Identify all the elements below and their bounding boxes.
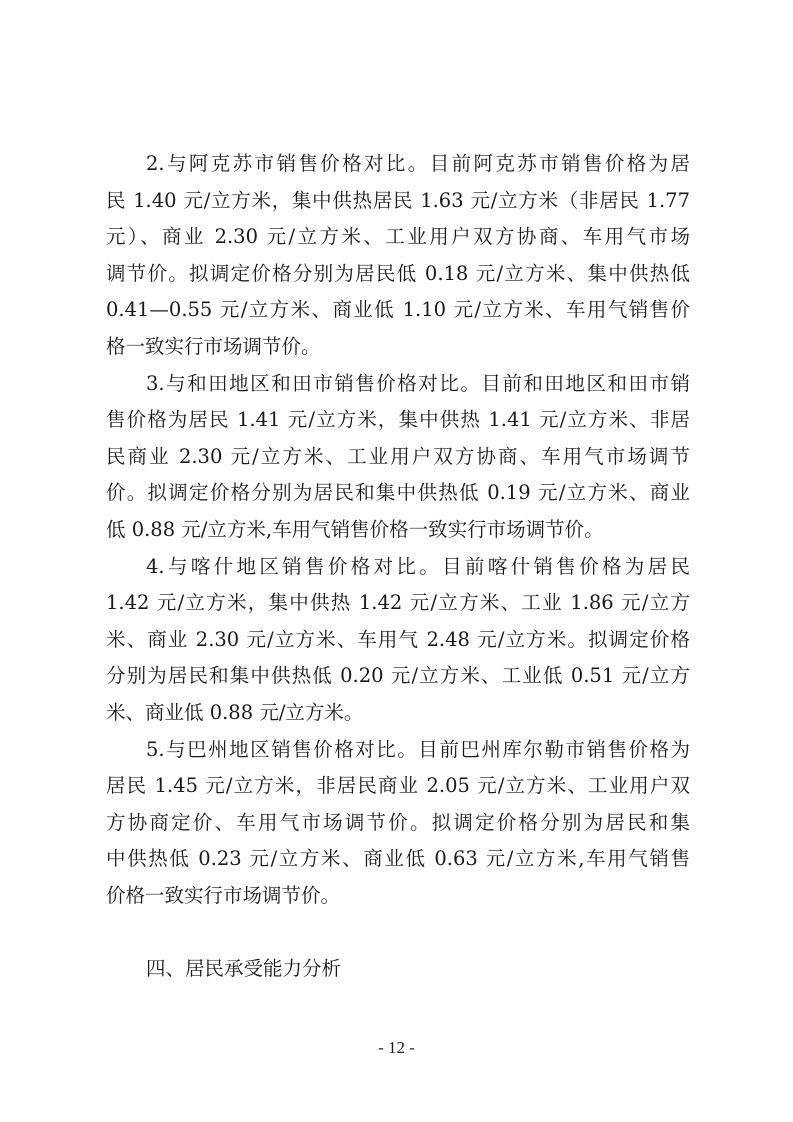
paragraph-bayingol-comparison: 5.与巴州地区销售价格对比。目前巴州库尔勒市销售价格为 居民 1.45 元/立方…: [106, 732, 690, 915]
text-line: 分别为居民和集中供热低 0.20 元/立方米、工业低 0.51 元/立方: [106, 658, 690, 695]
text-line: 居民 1.45 元/立方米，非居民商业 2.05 元/立方米、工业用户双: [106, 768, 690, 805]
section-heading: 四、居民承受能力分析: [146, 951, 341, 988]
text-line: 元）、商业 2.30 元/立方米、工业用户双方协商、车用气市场: [106, 219, 690, 256]
document-page: 2.与阿克苏市销售价格对比。目前阿克苏市销售价格为居 民 1.40 元/立方米，…: [0, 0, 793, 1122]
text-line: 格一致实行市场调节价。: [106, 329, 690, 366]
text-line: 民 1.40 元/立方米，集中供热居民 1.63 元/立方米（非居民 1.77: [106, 183, 690, 220]
text-line: 4.与喀什地区销售价格对比。目前喀什销售价格为居民: [106, 549, 690, 586]
text-line: 米、商业 2.30 元/立方米、车用气 2.48 元/立方米。拟调定价格: [106, 622, 690, 659]
text-line: 3.与和田地区和田市销售价格对比。目前和田地区和田市销: [106, 366, 690, 403]
text-line: 0.41—0.55 元/立方米、商业低 1.10 元/立方米、车用气销售价: [106, 292, 690, 329]
text-line: 1.42 元/立方米，集中供热 1.42 元/立方米、工业 1.86 元/立方: [106, 585, 690, 622]
paragraph-kashgar-comparison: 4.与喀什地区销售价格对比。目前喀什销售价格为居民 1.42 元/立方米，集中供…: [106, 549, 690, 732]
text-line: 价格一致实行市场调节价。: [106, 878, 690, 915]
text-line: 调节价。拟调定价格分别为居民低 0.18 元/立方米、集中供热低: [106, 256, 690, 293]
paragraph-hotan-comparison: 3.与和田地区和田市销售价格对比。目前和田地区和田市销 售价格为居民 1.41 …: [106, 366, 690, 549]
text-line: 米、商业低 0.88 元/立方米。: [106, 695, 690, 732]
text-line: 方协商定价、车用气市场调节价。拟调定价格分别为居民和集: [106, 805, 690, 842]
text-line: 低 0.88 元/立方米,车用气销售价格一致实行市场调节价。: [106, 512, 690, 549]
text-line: 中供热低 0.23 元/立方米、商业低 0.63 元/立方米,车用气销售: [106, 841, 690, 878]
body-text: 2.与阿克苏市销售价格对比。目前阿克苏市销售价格为居 民 1.40 元/立方米，…: [106, 146, 690, 914]
paragraph-aksu-comparison: 2.与阿克苏市销售价格对比。目前阿克苏市销售价格为居 民 1.40 元/立方米，…: [106, 146, 690, 366]
text-line: 民商业 2.30 元/立方米、工业用户双方协商、车用气市场调节: [106, 439, 690, 476]
text-line: 价。拟调定价格分别为居民和集中供热低 0.19 元/立方米、商业: [106, 475, 690, 512]
page-number: - 12 -: [0, 1038, 793, 1058]
text-line: 5.与巴州地区销售价格对比。目前巴州库尔勒市销售价格为: [106, 732, 690, 769]
text-line: 售价格为居民 1.41 元/立方米，集中供热 1.41 元/立方米、非居: [106, 402, 690, 439]
text-line: 2.与阿克苏市销售价格对比。目前阿克苏市销售价格为居: [106, 146, 690, 183]
